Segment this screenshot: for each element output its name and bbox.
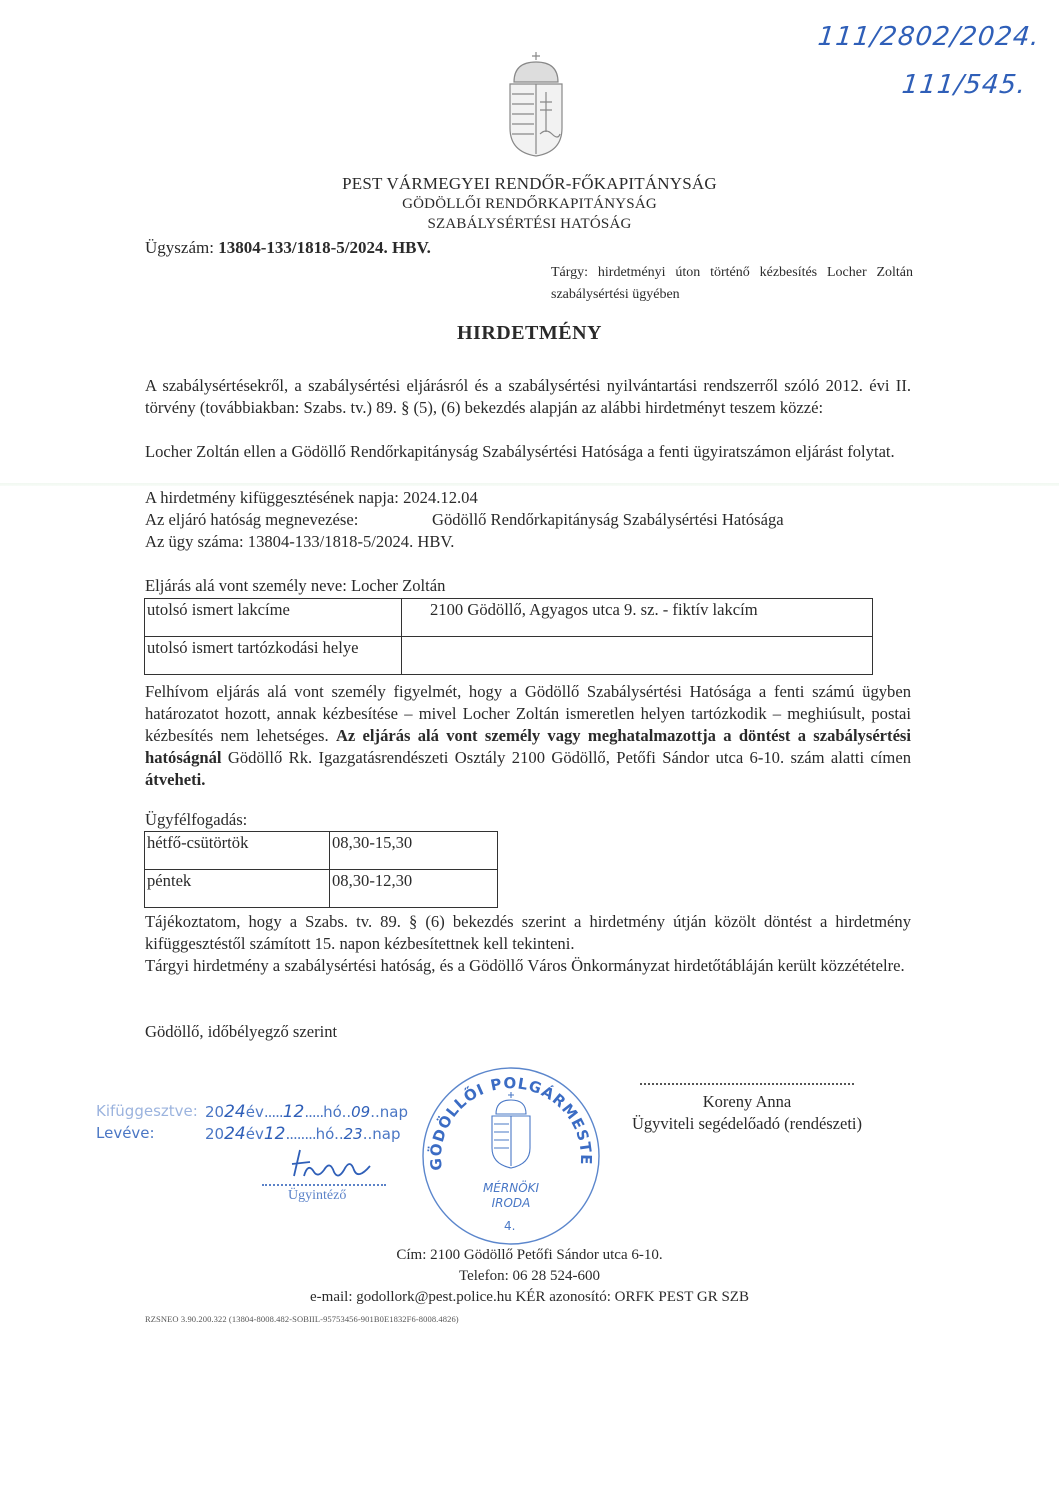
year-word: év: [246, 1125, 264, 1143]
handwritten-registry-number: 111/2802/2024.: [816, 22, 1041, 52]
year-word: év: [246, 1103, 264, 1121]
removed-date-stamp: 2024év12........hó..23..nap: [205, 1124, 400, 1144]
day-word: nap: [372, 1125, 400, 1143]
case-line: Az ügy száma: 13804-133/1818-5/2024. HBV…: [145, 531, 454, 553]
office-hours-label: Ügyfélfogadás:: [145, 809, 247, 831]
posting-date-value: 2024.12.04: [403, 488, 478, 507]
posted-year-prefix: 20: [205, 1103, 224, 1121]
office-hours-row: hétfő-csütörtök 08,30-15,30: [145, 832, 498, 870]
signatory-title: Ügyviteli segédelőadó (rendészeti): [600, 1114, 894, 1134]
address-value: 2100 Gödöllő, Agyagos utca 9. sz. - fikt…: [402, 599, 873, 637]
clerk-label: Ügyintéző: [288, 1188, 346, 1204]
scan-artifact: [0, 483, 1059, 486]
letterhead-local-hq: GÖDÖLLŐI RENDŐRKAPITÁNYSÁG: [0, 196, 1059, 213]
footer-address: Cím: 2100 Gödöllő Petőfi Sándor utca 6-1…: [0, 1245, 1059, 1266]
place-date: Gödöllő, időbélyegző szerint: [145, 1021, 337, 1043]
removed-year-prefix: 20: [205, 1125, 224, 1143]
office-hours-day: hétfő-csütörtök: [145, 832, 330, 870]
person-name: Locher Zoltán: [351, 576, 445, 595]
posted-month-hand: 12: [283, 1102, 305, 1122]
posted-label: Kifüggesztve:: [96, 1102, 198, 1120]
removed-month-hand: 12: [264, 1124, 286, 1144]
address-label: utolsó ismert lakcíme: [145, 599, 402, 637]
notice-paragraph: Felhívom eljárás alá vont személy figyel…: [145, 681, 911, 791]
signatory-signature-line: [640, 1083, 854, 1085]
case-label: Az ügy száma:: [145, 532, 244, 551]
residence-label: utolsó ismert tartózkodási helye: [145, 637, 402, 675]
mayor-office-round-stamp: GÖDÖLLŐI POLGÁRMESTER HIVATAL MÉRNÖKI IR…: [412, 1060, 608, 1250]
stamp-number: 4.: [504, 1219, 515, 1233]
case-number-value: 13804-133/1818-5/2024. HBV.: [218, 238, 431, 257]
intro-paragraph: A szabálysértésekről, a szabálysértési e…: [145, 375, 911, 419]
address-table: utolsó ismert lakcíme 2100 Gödöllő, Agya…: [144, 598, 873, 675]
office-hours-time: 08,30-15,30: [330, 832, 498, 870]
notice-bold-pickup: átveheti.: [145, 770, 205, 789]
footer-email: e-mail: godollork@pest.police.hu KÉR azo…: [0, 1287, 1059, 1308]
removed-year-hand: 24: [224, 1124, 246, 1144]
publication-paragraph: Tárgyi hirdetmény a szabálysértési hatós…: [145, 955, 911, 977]
month-word: hó: [316, 1125, 334, 1143]
case-number: Ügyszám: 13804-133/1818-5/2024. HBV.: [145, 238, 431, 258]
case-value: 13804-133/1818-5/2024. HBV.: [248, 532, 455, 551]
handwritten-sub-number: 111/545.: [900, 70, 1027, 100]
clerk-signature-line: [262, 1184, 386, 1186]
posted-date-stamp: 2024év.....12.....hó..09..nap: [205, 1102, 408, 1122]
office-hours-time: 08,30-12,30: [330, 870, 498, 908]
document-title: HIRDETMÉNY: [0, 322, 1059, 345]
residence-value: [402, 637, 873, 675]
office-hours-day: péntek: [145, 870, 330, 908]
proceeding-paragraph: Locher Zoltán ellen a Gödöllő Rendőrkapi…: [145, 441, 911, 463]
month-word: hó: [323, 1103, 341, 1121]
clerk-signature: [288, 1146, 378, 1182]
letterhead-county-hq: PEST VÁRMEGYEI RENDŐR-FŐKAPITÁNYSÁG: [0, 174, 1059, 194]
person-label: Eljárás alá vont személy neve:: [145, 576, 347, 595]
stamp-center-line1: MÉRNÖKI: [483, 1179, 540, 1195]
residence-row: utolsó ismert tartózkodási helye: [145, 637, 873, 675]
posted-day-hand: 09: [351, 1103, 370, 1121]
letterhead-authority: SZABÁLYSÉRTÉSI HATÓSÁG: [0, 216, 1059, 233]
signatory-name: Koreny Anna: [600, 1092, 894, 1112]
authority-value: Gödöllő Rendőrkapitányság Szabálysértési…: [432, 509, 784, 531]
removed-day-hand: 23: [344, 1125, 363, 1143]
person-line: Eljárás alá vont személy neve: Locher Zo…: [145, 575, 445, 597]
document-reference: RZSNEO 3.90.200.322 (13804-8008.482-SOBI…: [145, 1314, 459, 1324]
removed-label: Levéve:: [96, 1124, 155, 1142]
posted-year-hand: 24: [224, 1102, 246, 1122]
authority-line: Az eljáró hatóság megnevezése:: [145, 509, 358, 531]
address-row: utolsó ismert lakcíme 2100 Gödöllő, Agya…: [145, 599, 873, 637]
day-word: nap: [380, 1103, 408, 1121]
authority-label: Az eljáró hatóság megnevezése:: [145, 510, 358, 529]
posting-date-line: A hirdetmény kifüggesztésének napja: 202…: [145, 487, 478, 509]
footer-phone: Telefon: 06 28 524-600: [0, 1266, 1059, 1287]
office-hours-row: péntek 08,30-12,30: [145, 870, 498, 908]
posting-date-label: A hirdetmény kifüggesztésének napja:: [145, 488, 399, 507]
subject: Tárgy: hirdetményi úton történő kézbesít…: [551, 262, 913, 306]
stamp-center-line2: IRODA: [492, 1196, 531, 1210]
delivery-info-paragraph: Tájékoztatom, hogy a Szabs. tv. 89. § (6…: [145, 911, 911, 955]
notice-address-text: Gödöllő Rk. Igazgatásrendészeti Osztály …: [222, 748, 911, 767]
office-hours-table: hétfő-csütörtök 08,30-15,30 péntek 08,30…: [144, 831, 498, 908]
coat-of-arms-icon: [500, 48, 572, 160]
case-number-label: Ügyszám:: [145, 238, 214, 257]
